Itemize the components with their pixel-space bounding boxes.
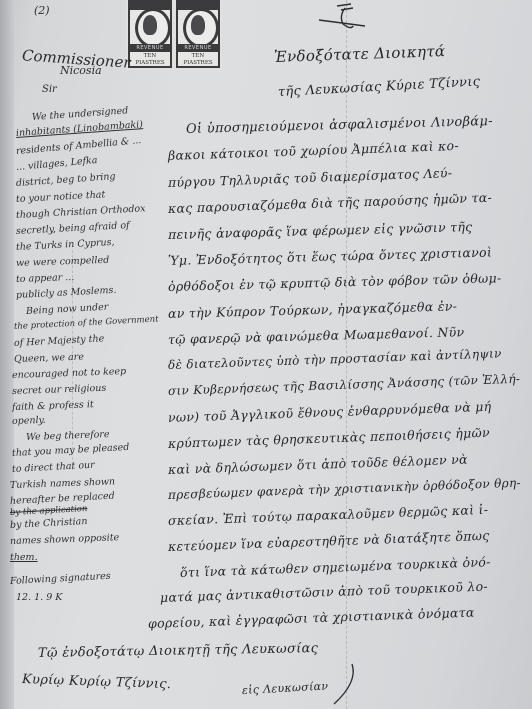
margin-note-line: Queen, we are (14, 352, 84, 365)
margin-note-line: secretly, being afraid of (16, 220, 130, 237)
margin-note-date: 12. 1. 9 K (16, 592, 62, 603)
body-line: κρύπτωμεν τὰς θρησκευτικὰς πεποιθήσεις ἡ… (168, 425, 490, 451)
margin-note-line: faith & profess it (12, 399, 94, 413)
addressee-line-2: Κυρίῳ Κυρίῳ Τζίννις. (22, 672, 172, 692)
salutation-nicosia: Nicosia (60, 64, 102, 77)
margin-note-line: to appear ... (16, 272, 75, 285)
signature-flourish-icon (330, 662, 360, 707)
body-line: τῷ φανερῷ νὰ φαινώμεθα Μωαμεθανοί. Νῦν (168, 324, 465, 347)
body-line: ὀρθόδοξοι ἐν τῷ κρυπτῷ διὰ τὸν φόβον τῶν… (168, 270, 502, 294)
addressee-place: εἰς Λευκωσίαν (242, 679, 329, 697)
body-line: Ὑμ. Ἐνδοξότητος ὅτι ἕως τώρα ὄντες χριστ… (168, 245, 492, 268)
margin-note-line: Turkish names shown (10, 476, 115, 491)
margin-note-line: to your notice that (16, 189, 106, 205)
margin-note-line: residents of Ambellia & ... (16, 135, 142, 157)
queen-portrait-icon (143, 15, 157, 35)
body-line: φορείου, καὶ ἐγγραφῶσι τὰ χριστιανικὰ ὀν… (148, 605, 475, 631)
body-line: δὲ διατελοῦντες ὑπὸ τὴν προστασίαν καὶ ἀ… (168, 346, 502, 372)
margin-note-line: publicly as Moslems. (16, 285, 117, 301)
stamp-revenue-label: REVENUE (178, 44, 218, 52)
body-line: σκείαν. Ἐπὶ τούτῳ παρακαλοῦμεν θερμῶς κα… (168, 502, 489, 528)
body-line: καὶ νὰ δηλώσωμεν ὅτι ἀπὸ τοῦδε θέλομεν ν… (168, 452, 468, 477)
margin-note-line: that you may be pleased (12, 442, 130, 459)
margin-note-line: them. (10, 552, 38, 563)
stamp-value-label: TEN PIASTRES (130, 53, 170, 67)
margin-note-line: ... villages, Lefka (16, 155, 98, 173)
margin-note-line: of Her Majesty the (14, 333, 105, 349)
body-line: σιν Κυβερνήσεως τῆς Βασιλίσσης Ἀνάσσης (… (168, 372, 521, 398)
body-line: πρεσβεύωμεν φανερὰ τὴν χριστιανικὴν ὀρθό… (168, 476, 521, 502)
body-line: κας παρουσιαζόμεθα διὰ τῆς παρούσης ἡμῶν… (168, 190, 493, 216)
registry-mark-icon (317, 2, 367, 32)
page-edge-shadow (0, 0, 14, 709)
margin-note-line: we were compelled (16, 255, 110, 269)
margin-note-line: the protection of the Government (14, 314, 159, 332)
body-line: αν τὴν Κύπρον Τούρκων, ἠναγκαζόμεθα ἐν- (168, 298, 458, 321)
margin-note-line: We beg therefore (26, 429, 110, 443)
body-line: Οἱ ὑποσημειούμενοι ἀσφαλισμένοι Λινοβάμ- (186, 114, 493, 137)
body-line: πύργου Τηλλυριᾶς τοῦ διαμερίσματος Λεύ- (168, 165, 453, 190)
stamp-revenue-label: REVENUE (130, 44, 170, 52)
heading-line-1: Ἐνδοξότατε Διοικητά (274, 42, 446, 66)
body-line: ματά μας ἀντικαθιστῶσιν ἀπὸ τοῦ τουρκικο… (160, 579, 488, 605)
document-page: (2) REVENUE TEN PIASTRES REVENUE TEN PIA… (0, 0, 532, 709)
page-number: (2) (34, 4, 50, 17)
revenue-stamps: REVENUE TEN PIASTRES REVENUE TEN PIASTRE… (128, 0, 220, 68)
margin-note-line: names shown opposite (10, 532, 120, 547)
salutation-sir: Sir (42, 84, 57, 95)
margin-note-line: Being now under (26, 302, 109, 317)
margin-note-line: by the Christian (10, 516, 88, 531)
stamp-value-label: TEN PIASTRES (178, 53, 218, 67)
body-line: πεινῆς ἀναφορᾶς ἵνα φέρωμεν εἰς γνῶσιν τ… (168, 219, 473, 242)
revenue-stamp: REVENUE TEN PIASTRES (128, 0, 172, 68)
margin-note-line: district, beg to bring (16, 171, 116, 189)
margin-note-line: to direct that our (12, 460, 95, 475)
revenue-stamp: REVENUE TEN PIASTRES (176, 0, 220, 68)
body-line: κετεύομεν ἵνα εὐαρεστηθῆτε νὰ διατάξητε … (168, 528, 490, 554)
heading-line-2: τῆς Λευκωσίας Κύριε Τζίννις (278, 74, 481, 100)
body-line: νων) τοῦ Ἀγγλικοῦ ἔθνους ἐνθαρρυνόμεθα ν… (168, 399, 492, 425)
margin-note-line: secret our religious (12, 383, 107, 397)
addressee-line-1: Τῷ ἐνδοξοτάτῳ Διοικητῇ τῆς Λευκωσίας (38, 641, 319, 661)
margin-note-line: the Turks in Cyprus, (16, 237, 115, 253)
margin-note-line: though Christian Orthodox (16, 203, 146, 221)
queen-portrait-icon (191, 15, 205, 35)
margin-note-line: encouraged not to keep (12, 366, 127, 381)
margin-note-line: openly. (12, 415, 46, 427)
body-line: ὅτι ἵνα τὰ κάτωθεν σημειωμένα τουρκικὰ ὀ… (180, 554, 491, 580)
body-line: βακοι κάτοικοι τοῦ χωρίου Ἀμπέλια καὶ κο… (168, 138, 459, 163)
margin-note-line: Following signatures (10, 571, 111, 587)
